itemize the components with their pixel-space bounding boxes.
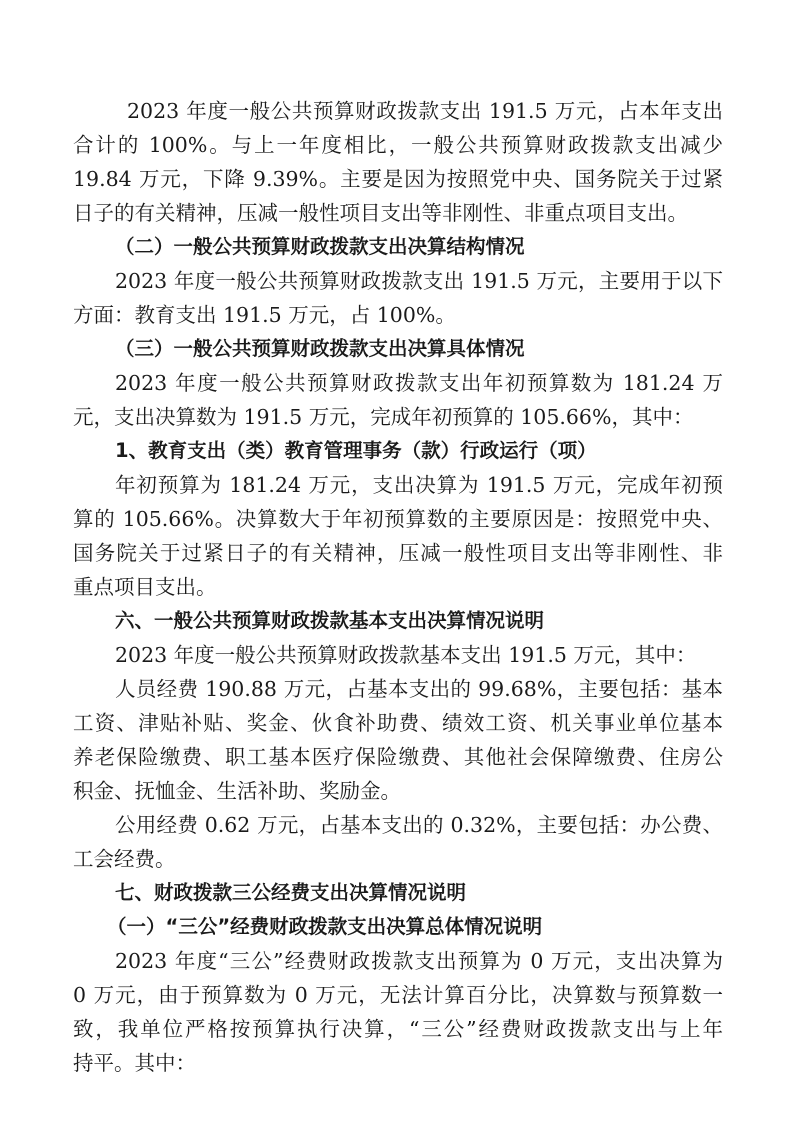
section-heading: 七、财政拨款三公经费支出决算情况说明 bbox=[73, 876, 723, 910]
paragraph-line: 2023 年度“三公”经费财政拨款支出预算为 0 万元，支出决算为 bbox=[73, 944, 723, 978]
paragraph-line: 持平。其中： bbox=[73, 1046, 723, 1080]
paragraph-line: 人员经费 190.88 万元，占基本支出的 99.68%，主要包括：基本 bbox=[73, 672, 723, 706]
subsection-heading: （一）“三公”经费财政拨款支出决算总体情况说明 bbox=[73, 910, 723, 944]
paragraph-line: 19.84 万元，下降 9.39%。主要是因为按照党中央、国务院关于过紧 bbox=[73, 162, 723, 196]
paragraph-line: 重点项目支出。 bbox=[73, 570, 723, 604]
section-heading: （二）一般公共预算财政拨款支出决算结构情况 bbox=[73, 230, 723, 264]
section-heading: 六、一般公共预算财政拨款基本支出决算情况说明 bbox=[73, 604, 723, 638]
paragraph-line: 公用经费 0.62 万元，占基本支出的 0.32%，主要包括：办公费、 bbox=[73, 808, 723, 842]
paragraph-line: 算的 105.66%。决算数大于年初预算数的主要原因是：按照党中央、 bbox=[73, 502, 723, 536]
paragraph-line: 工会经费。 bbox=[73, 842, 723, 876]
paragraph-line: 致，我单位严格按预算执行决算，“三公”经费财政拨款支出与上年 bbox=[73, 1012, 723, 1046]
paragraph-line: 2023 年度一般公共预算财政拨款支出 191.5 万元，主要用于以下 bbox=[73, 264, 723, 298]
paragraph-line: 年初预算为 181.24 万元，支出决算为 191.5 万元，完成年初预 bbox=[73, 468, 723, 502]
document-page: 2023 年度一般公共预算财政拨款支出 191.5 万元，占本年支出 合计的 1… bbox=[73, 94, 723, 1080]
paragraph-line: 积金、抚恤金、生活补助、奖励金。 bbox=[73, 774, 723, 808]
paragraph-line: 元，支出决算数为 191.5 万元，完成年初预算的 105.66%，其中： bbox=[73, 400, 723, 434]
section-heading: 1、教育支出（类）教育管理事务（款）行政运行（项） bbox=[73, 434, 723, 468]
paragraph-line: 方面：教育支出 191.5 万元，占 100%。 bbox=[73, 298, 723, 332]
paragraph-line: 国务院关于过紧日子的有关精神，压减一般性项目支出等非刚性、非 bbox=[73, 536, 723, 570]
paragraph-line: 2023 年度一般公共预算财政拨款基本支出 191.5 万元，其中： bbox=[73, 638, 723, 672]
paragraph-line: 养老保险缴费、职工基本医疗保险缴费、其他社会保障缴费、住房公 bbox=[73, 740, 723, 774]
paragraph-line: 0 万元，由于预算数为 0 万元，无法计算百分比，决算数与预算数一 bbox=[73, 978, 723, 1012]
paragraph-line: 2023 年度一般公共预算财政拨款支出年初预算数为 181.24 万 bbox=[73, 366, 723, 400]
paragraph-line: 日子的有关精神，压减一般性项目支出等非刚性、非重点项目支出。 bbox=[73, 196, 723, 230]
paragraph-line: 合计的 100%。与上一年度相比，一般公共预算财政拨款支出减少 bbox=[73, 128, 723, 162]
section-heading: （三）一般公共预算财政拨款支出决算具体情况 bbox=[73, 332, 723, 366]
paragraph-line: 工资、津贴补贴、奖金、伙食补助费、绩效工资、机关事业单位基本 bbox=[73, 706, 723, 740]
paragraph-line: 2023 年度一般公共预算财政拨款支出 191.5 万元，占本年支出 bbox=[73, 94, 723, 128]
